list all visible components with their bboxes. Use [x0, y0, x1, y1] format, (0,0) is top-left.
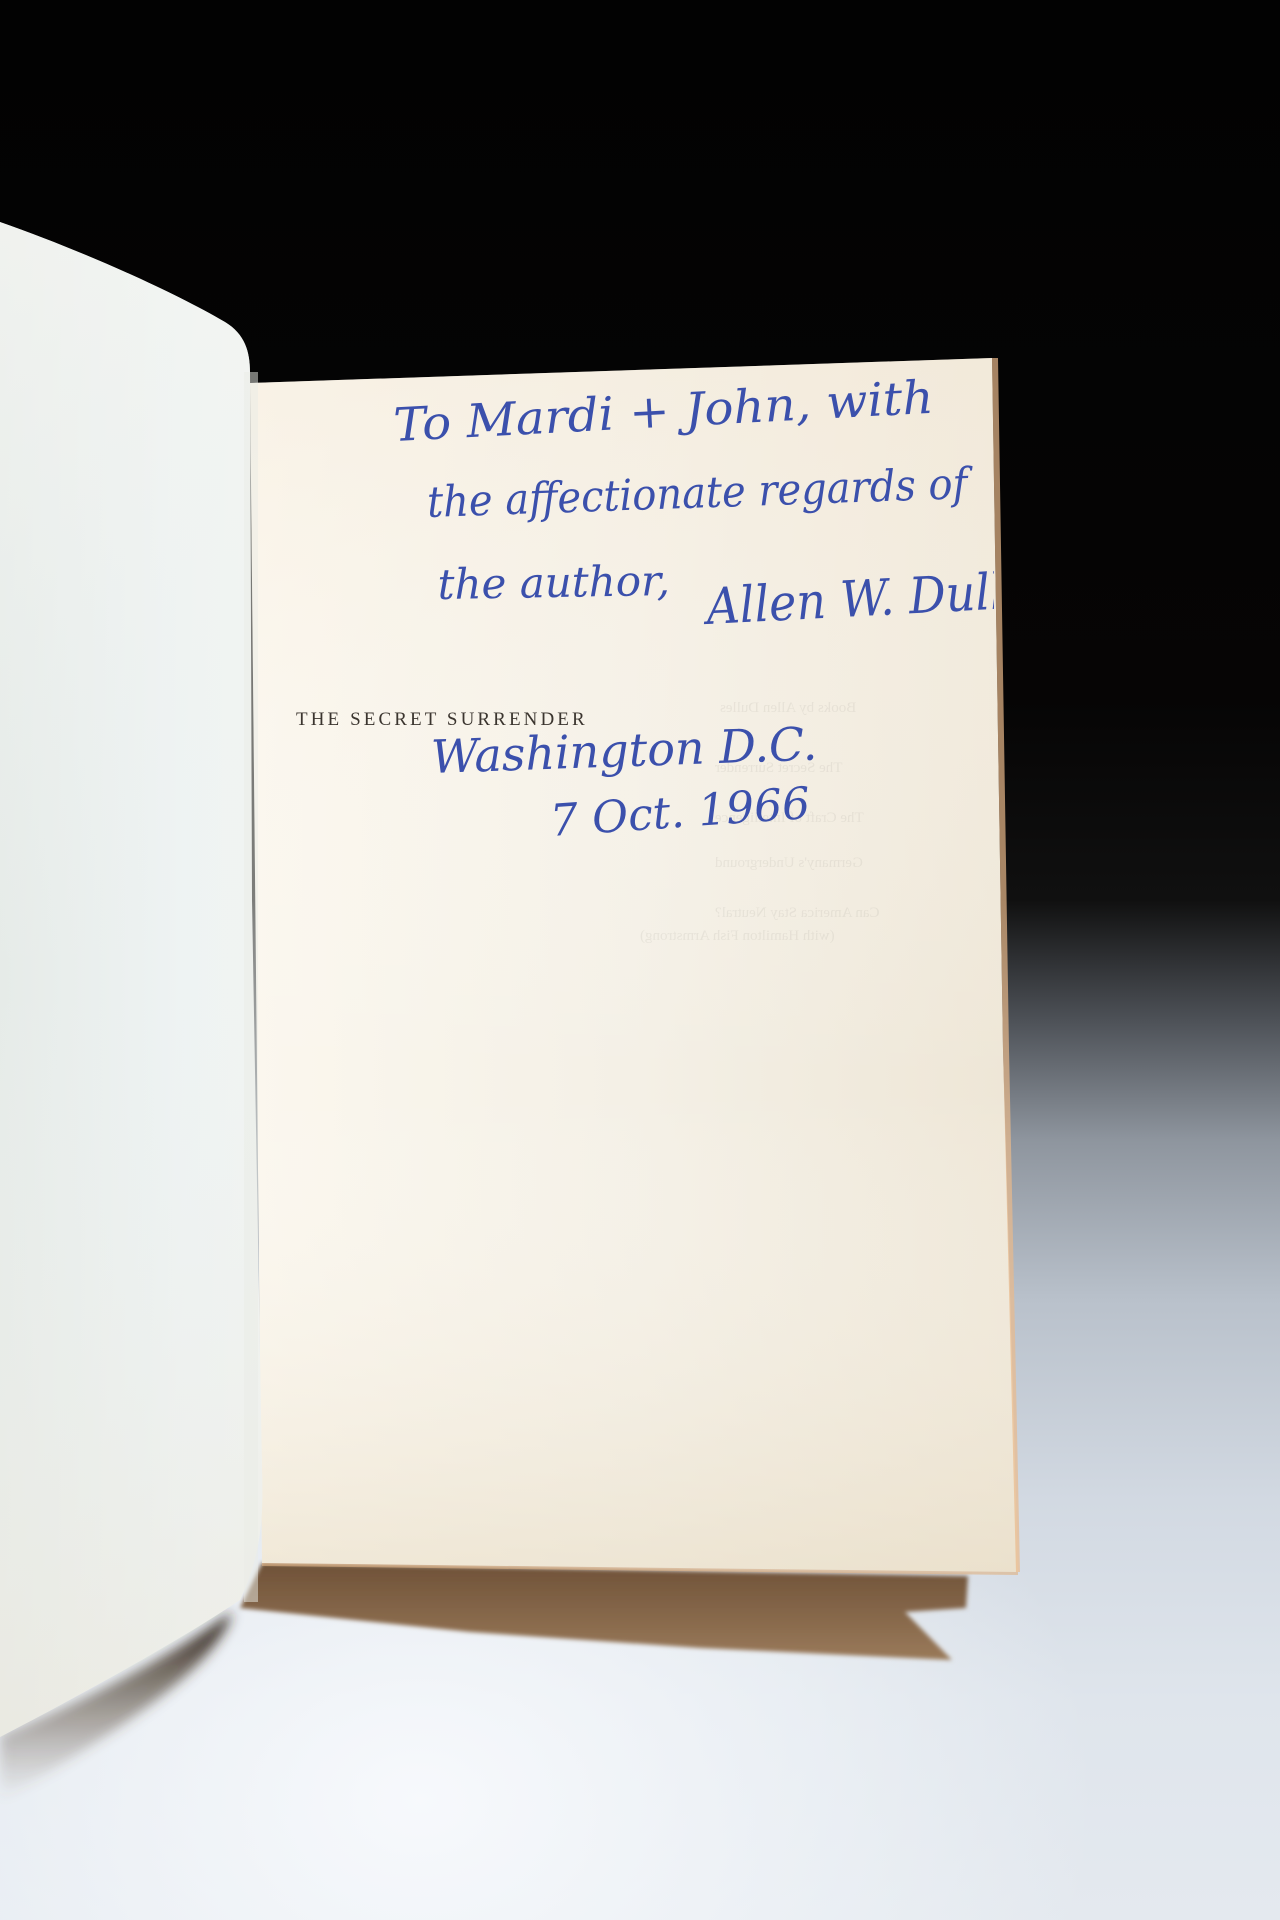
signature-clip: Allen W. Dulles — [700, 550, 994, 680]
show-through-heading: Books by Allen Dulles — [720, 700, 856, 717]
author-signature: Allen W. Dulles — [705, 560, 994, 636]
photo-scene: Books by Allen Dulles The Secret Surrend… — [0, 0, 1280, 1920]
show-through-item: Can America Stay Neutral? — [715, 905, 880, 922]
show-through-item: Germany's Underground — [715, 855, 863, 872]
show-through-item: (with Hamilton Fish Armstrong) — [640, 928, 835, 945]
inscription-line-3: the author, — [437, 556, 670, 609]
right-page-shadow — [240, 1563, 968, 1660]
book-illustration — [0, 0, 1280, 1920]
